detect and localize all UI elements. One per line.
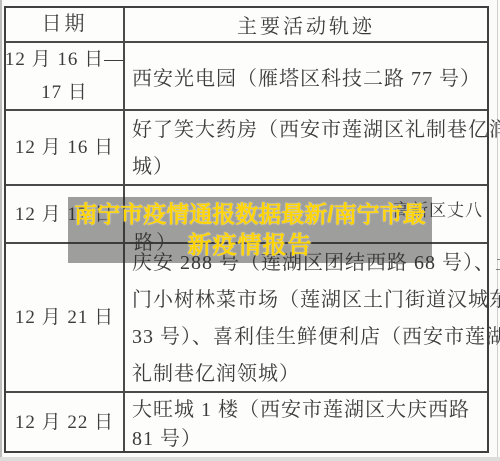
trajectory-cell: 大旺城 1 楼（西安市莲湖区大庆西路 81 号） xyxy=(125,393,487,451)
date-cell: 12 月 21 日 xyxy=(6,244,125,391)
scan-left-edge-artifact xyxy=(0,0,2,461)
watermark-text-line: 南宁市疫情通报数据最新/南宁市最 xyxy=(74,199,425,230)
table-row: 12 月 21 日 庆安 288 号（莲湖区团结西路 68 号）、土 门小树林菜… xyxy=(6,242,487,391)
date-cell: 12 月 16 日— 17 日 xyxy=(6,43,125,109)
track-line: 门小树林菜市场（莲湖区土门街道汉城东路 xyxy=(132,282,500,319)
trajectory-cell: 西安光电园（雁塔区科技二路 77 号） xyxy=(125,43,487,109)
table-row: 12 月 16 日— 17 日 西安光电园（雁塔区科技二路 77 号） xyxy=(6,41,487,109)
table-header-row: 日期 主要活动轨迹 xyxy=(6,8,487,41)
date-cell: 12 月 16 日 xyxy=(6,111,125,184)
trajectory-cell: 好了笑大药房（西安市莲湖区礼制巷亿润领 城） xyxy=(125,111,500,184)
track-line: 西安光电园（雁塔区科技二路 77 号） xyxy=(132,62,481,91)
watermark-banner: 南宁市疫情通报数据最新/南宁市最 新疫情报告 xyxy=(68,197,432,263)
track-line: 城） xyxy=(132,149,500,186)
table-row: 12 月 16 日 好了笑大药房（西安市莲湖区礼制巷亿润领 城） xyxy=(6,109,487,184)
scan-bottom-edge-artifact xyxy=(0,457,500,461)
track-line: 33 号）、喜利佳生鲜便利店（西安市莲湖区 xyxy=(132,319,500,356)
document-page: 日期 主要活动轨迹 12 月 16 日— 17 日 西安光电园（雁塔区科技二路 … xyxy=(0,0,500,461)
track-line: 礼制巷亿润领城） xyxy=(132,356,500,393)
track-line: 大旺城 1 楼（西安市莲湖区大庆西路 81 号） xyxy=(132,393,487,451)
date-line: 12 月 21 日 xyxy=(15,301,114,334)
date-cell: 12 月 22 日 xyxy=(6,393,125,451)
trajectory-cell: 庆安 288 号（莲湖区团结西路 68 号）、土 门小树林菜市场（莲湖区土门街道… xyxy=(125,244,500,391)
date-line: 12 月 22 日 xyxy=(15,406,114,439)
date-line: 17 日 xyxy=(41,76,88,109)
table-row: 12 月 22 日 大旺城 1 楼（西安市莲湖区大庆西路 81 号） xyxy=(6,391,487,451)
date-line: 12 月 16 日— xyxy=(5,43,124,76)
date-line: 12 月 16 日 xyxy=(15,131,114,164)
track-line: 好了笑大药房（西安市莲湖区礼制巷亿润领 xyxy=(132,112,500,149)
watermark-text-line: 新疫情报告 xyxy=(188,230,313,261)
header-trajectory: 主要活动轨迹 xyxy=(125,8,487,41)
header-date: 日期 xyxy=(6,8,125,41)
